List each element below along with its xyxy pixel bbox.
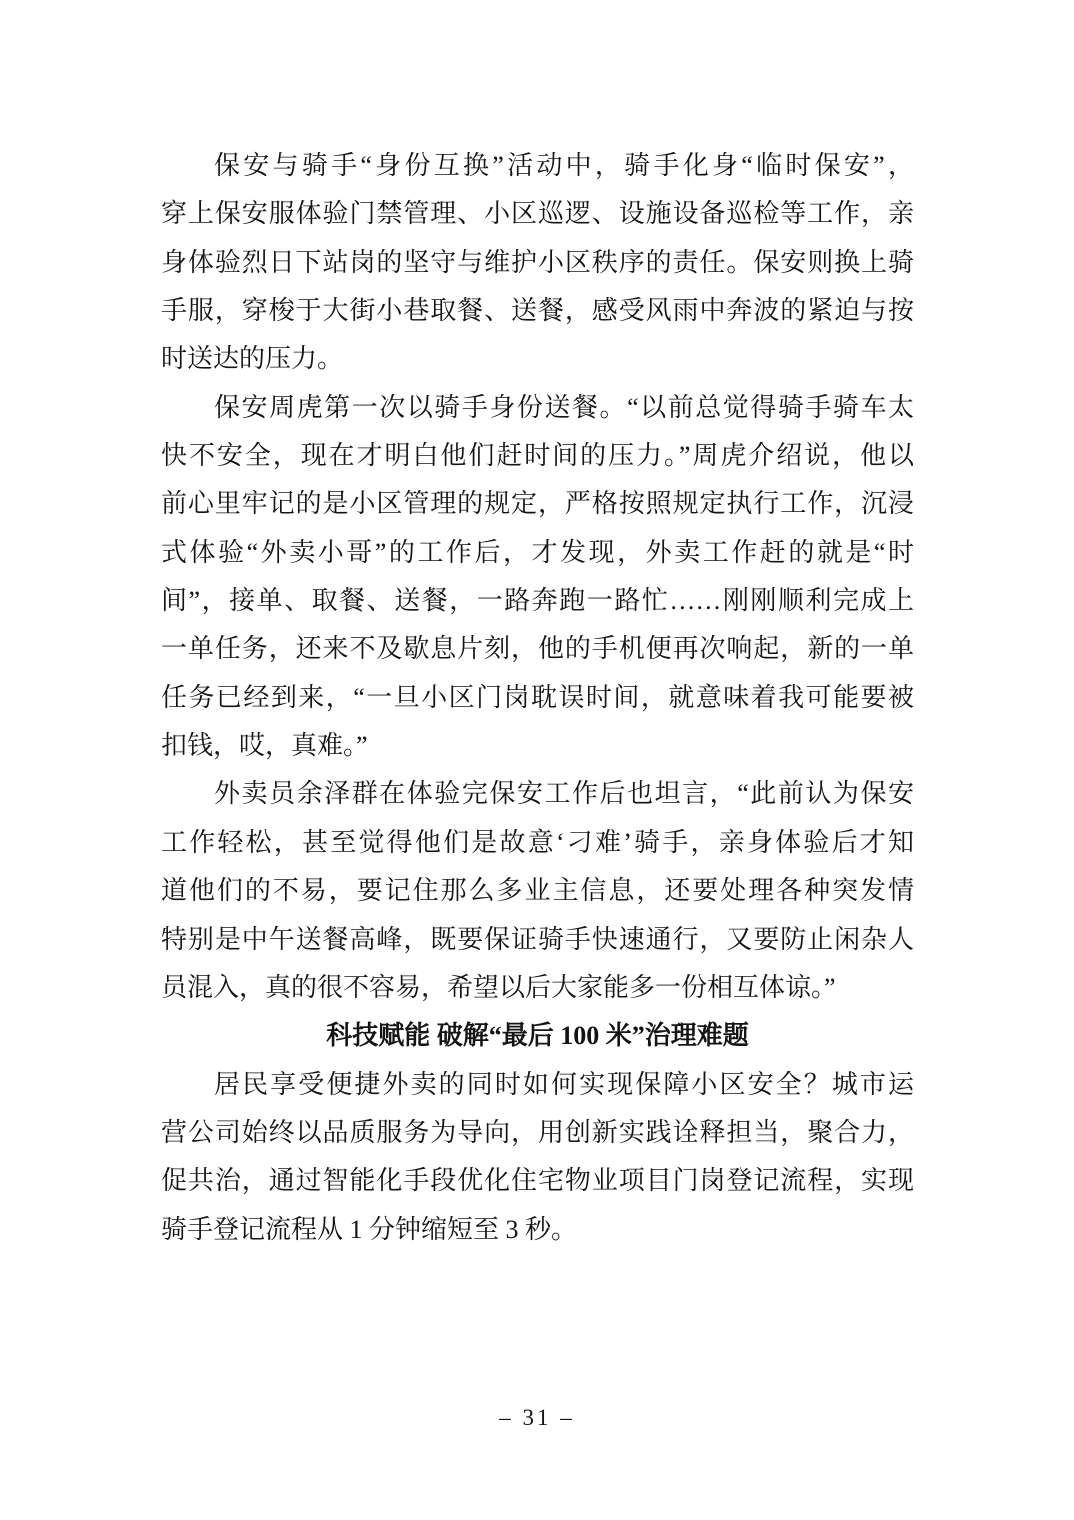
text-line: 扣钱，哎，真难。” [161,722,914,770]
document-body: 保安与骑手“身份互换”活动中，骑手化身“临时保安”，穿上保安服体验门禁管理、小区… [161,142,914,1254]
text-line: 工作轻松，甚至觉得他们是故意‘刁难’骑手，亲身体验后才知 [161,819,914,867]
text-line: 手服，穿梭于大街小巷取餐、送餐，感受风雨中奔波的紧迫与按 [161,287,914,335]
text-line: 间”，接单、取餐、送餐，一路奔跑一路忙……刚刚顺利完成上 [161,577,914,625]
text-line: 一单任务，还来不及歇息片刻，他的手机便再次响起，新的一单 [161,625,914,673]
page-number: – 31 – [0,1405,1074,1431]
paragraph: 保安周虎第一次以骑手身份送餐。“以前总觉得骑手骑车太快不安全，现在才明白他们赶时… [161,384,914,771]
text-line: 穿上保安服体验门禁管理、小区巡逻、设施设备巡检等工作，亲 [161,190,914,238]
text-line: 居民享受便捷外卖的同时如何实现保障小区安全？城市运 [161,1061,914,1109]
paragraph: 外卖员余泽群在体验完保安工作后也坦言，“此前认为保安工作轻松，甚至觉得他们是故意… [161,770,914,1012]
paragraph: 保安与骑手“身份互换”活动中，骑手化身“临时保安”，穿上保安服体验门禁管理、小区… [161,142,914,384]
text-line: 骑手登记流程从 1 分钟缩短至 3 秒。 [161,1206,914,1254]
text-line: 促共治，通过智能化手段优化住宅物业项目门岗登记流程，实现 [161,1157,914,1205]
text-line: 道他们的不易，要记住那么多业主信息，还要处理各种突发情况， [161,867,914,915]
text-line: 特别是中午送餐高峰，既要保证骑手快速通行，又要防止闲杂人 [161,916,914,964]
text-line: 式体验“外卖小哥”的工作后，才发现，外卖工作赶的就是“时 [161,529,914,577]
text-line: 科技赋能 破解“最后 100 米”治理难题 [161,1012,914,1060]
text-line: 员混入，真的很不容易，希望以后大家能多一份相互体谅。” [161,964,914,1012]
text-line: 保安与骑手“身份互换”活动中，骑手化身“临时保安”， [161,142,914,190]
text-line: 外卖员余泽群在体验完保安工作后也坦言，“此前认为保安 [161,770,914,818]
section-heading: 科技赋能 破解“最后 100 米”治理难题 [161,1012,914,1060]
text-line: 保安周虎第一次以骑手身份送餐。“以前总觉得骑手骑车太 [161,384,914,432]
text-line: 营公司始终以品质服务为导向，用创新实践诠释担当，聚合力， [161,1109,914,1157]
text-line: 任务已经到来，“一旦小区门岗耽误时间，就意味着我可能要被 [161,674,914,722]
paragraph: 居民享受便捷外卖的同时如何实现保障小区安全？城市运营公司始终以品质服务为导向，用… [161,1061,914,1254]
text-line: 快不安全，现在才明白他们赶时间的压力。”周虎介绍说，他以 [161,432,914,480]
text-line: 时送达的压力。 [161,335,914,383]
document-page: 保安与骑手“身份互换”活动中，骑手化身“临时保安”，穿上保安服体验门禁管理、小区… [0,0,1074,1520]
text-line: 身体验烈日下站岗的坚守与维护小区秩序的责任。保安则换上骑 [161,239,914,287]
text-line: 前心里牢记的是小区管理的规定，严格按照规定执行工作，沉浸 [161,480,914,528]
